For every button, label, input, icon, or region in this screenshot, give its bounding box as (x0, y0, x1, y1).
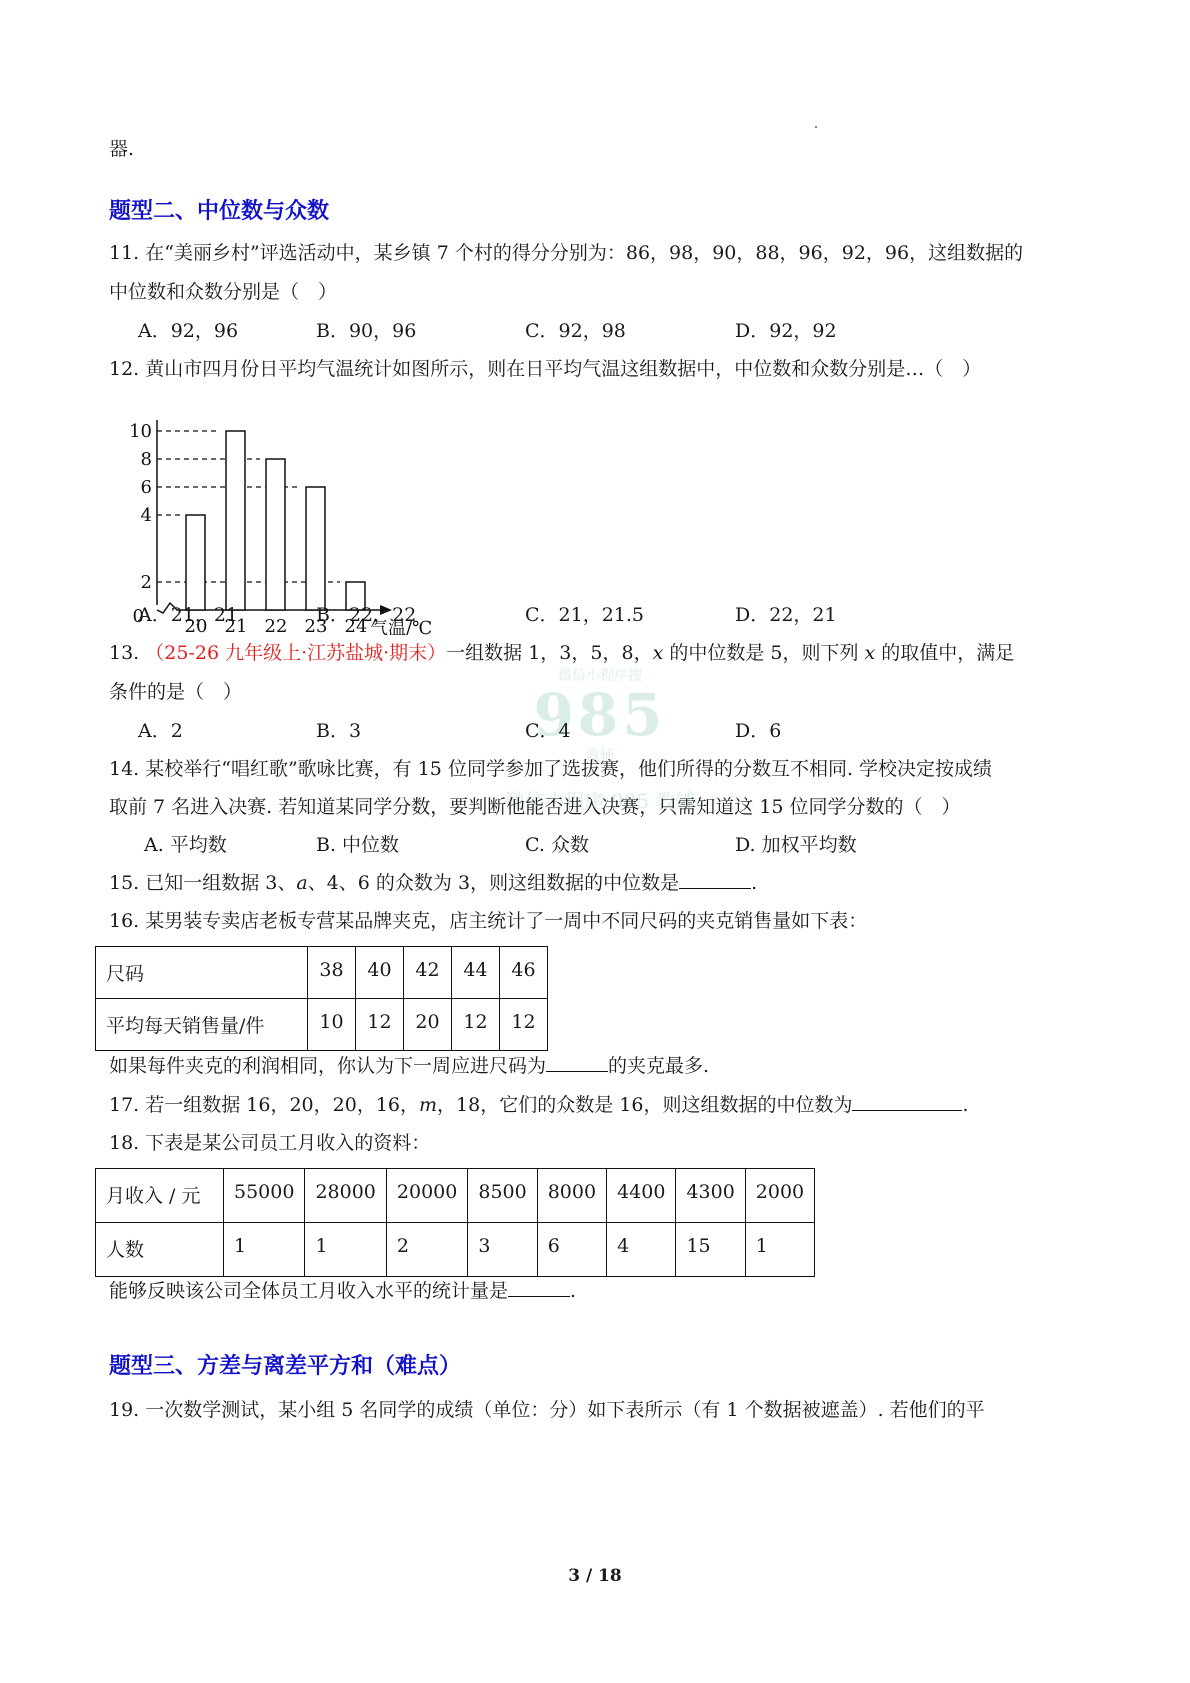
svg-text:8: 8 (141, 449, 152, 470)
q13-option-d[interactable]: D．6 (735, 719, 781, 743)
q12-option-d[interactable]: D．22，21 (735, 603, 837, 627)
table-row: 月收入 / 元 55000 28000 20000 8500 8000 4400… (96, 1169, 815, 1223)
q15-answer-blank[interactable] (679, 871, 751, 889)
q14-option-a[interactable]: A. 平均数 (144, 833, 227, 857)
q14-line2: 取前 7 名进入决赛. 若知道某同学分数，要判断他能否进入决赛，只需知道这 15… (109, 795, 961, 819)
q12-option-b[interactable]: B．22，22 (316, 603, 416, 627)
q11-option-a[interactable]: A．92，96 (138, 319, 238, 343)
q14-option-b[interactable]: B. 中位数 (316, 833, 399, 857)
svg-text:10: 10 (129, 421, 152, 442)
bar-21 (226, 431, 245, 610)
q13-line2: 条件的是（ ） (109, 680, 242, 704)
q16-answer-blank[interactable] (546, 1054, 608, 1072)
q18-income-table: 月收入 / 元 55000 28000 20000 8500 8000 4400… (95, 1168, 815, 1277)
q13-option-b[interactable]: B．3 (316, 719, 361, 743)
q13-number: 13. (109, 642, 139, 664)
bar-22 (266, 459, 285, 610)
watermark: 微信小程序搜 985 教辅 微信小程序·985 教辅 (480, 665, 720, 814)
svg-text:2: 2 (141, 572, 152, 593)
q13-option-a[interactable]: A．2 (138, 719, 183, 743)
q17-line: 17. 若一组数据 16，20，20，16，m，18，它们的众数是 16，则这组… (109, 1093, 969, 1117)
q11-line1: 11. 在“美丽乡村”评选活动中，某乡镇 7 个村的得分分别为：86，98，90… (109, 241, 1023, 265)
svg-text:6: 6 (141, 477, 152, 498)
q18-answer-blank[interactable] (508, 1279, 570, 1297)
q16-after-line: 如果每件夹克的利润相同，你认为下一周应进尺码为的夹克最多. (109, 1054, 709, 1078)
q11-option-c[interactable]: C．92，98 (525, 319, 626, 343)
q18-line1: 18. 下表是某公司员工月收入的资料： (109, 1131, 430, 1155)
svg-text:22: 22 (265, 616, 288, 635)
q16-line1: 16. 某男装专卖店老板专营某品牌夹克，店主统计了一周中不同尺码的夹克销售量如下… (109, 909, 867, 933)
q14-option-d[interactable]: D. 加权平均数 (735, 833, 857, 857)
q17-answer-blank[interactable] (852, 1093, 962, 1111)
q15-line: 15. 已知一组数据 3、a、4、6 的众数为 3，则这组数据的中位数是. (109, 871, 757, 895)
q11-option-d[interactable]: D．92，92 (735, 319, 837, 343)
q11-line2: 中位数和众数分别是（ ） (109, 280, 337, 304)
svg-text:4: 4 (141, 505, 152, 526)
q11-option-b[interactable]: B．90，96 (316, 319, 416, 343)
bar-23 (306, 487, 325, 610)
q13-line1: 13. （25-26 九年级上·江苏盐城·期末）一组数据 1，3，5，8，x 的… (109, 641, 1014, 665)
bar-20 (186, 515, 205, 610)
q12-option-c[interactable]: C．21，21.5 (525, 603, 644, 627)
q14-line1: 14. 某校举行“唱红歌”歌咏比赛，有 15 位同学参加了选拔赛，他们所得的分数… (109, 757, 992, 781)
q12-line1: 12. 黄山市四月份日平均气温统计如图所示，则在日平均气温这组数据中，中位数和众… (109, 357, 981, 381)
q18-after-line: 能够反映该公司全体员工月收入水平的统计量是. (109, 1279, 576, 1303)
section-heading-3: 题型三、方差与离差平方和（难点） (109, 1355, 461, 1379)
table-row: 尺码 38 40 42 44 46 (96, 947, 548, 999)
page-number: 3 / 18 (0, 1566, 1190, 1586)
q13-option-c[interactable]: C．4 (525, 719, 571, 743)
q13-source-tag: （25-26 九年级上·江苏盐城·期末） (145, 642, 446, 664)
section-heading-2: 题型二、中位数与众数 (109, 200, 329, 224)
table-row: 人数 1 1 2 3 6 4 15 1 (96, 1223, 815, 1277)
continuation-text: 器. (109, 137, 134, 161)
q19-line1: 19. 一次数学测试，某小组 5 名同学的成绩（单位：分）如下表所示（有 1 个… (109, 1398, 985, 1422)
stray-dot (815, 126, 817, 128)
table-row: 平均每天销售量/件 10 12 20 12 12 (96, 999, 548, 1051)
q12-option-a[interactable]: A．21，21 (138, 603, 238, 627)
q16-size-sales-table: 尺码 38 40 42 44 46 平均每天销售量/件 10 12 20 12 … (95, 946, 548, 1051)
q14-option-c[interactable]: C. 众数 (525, 833, 589, 857)
